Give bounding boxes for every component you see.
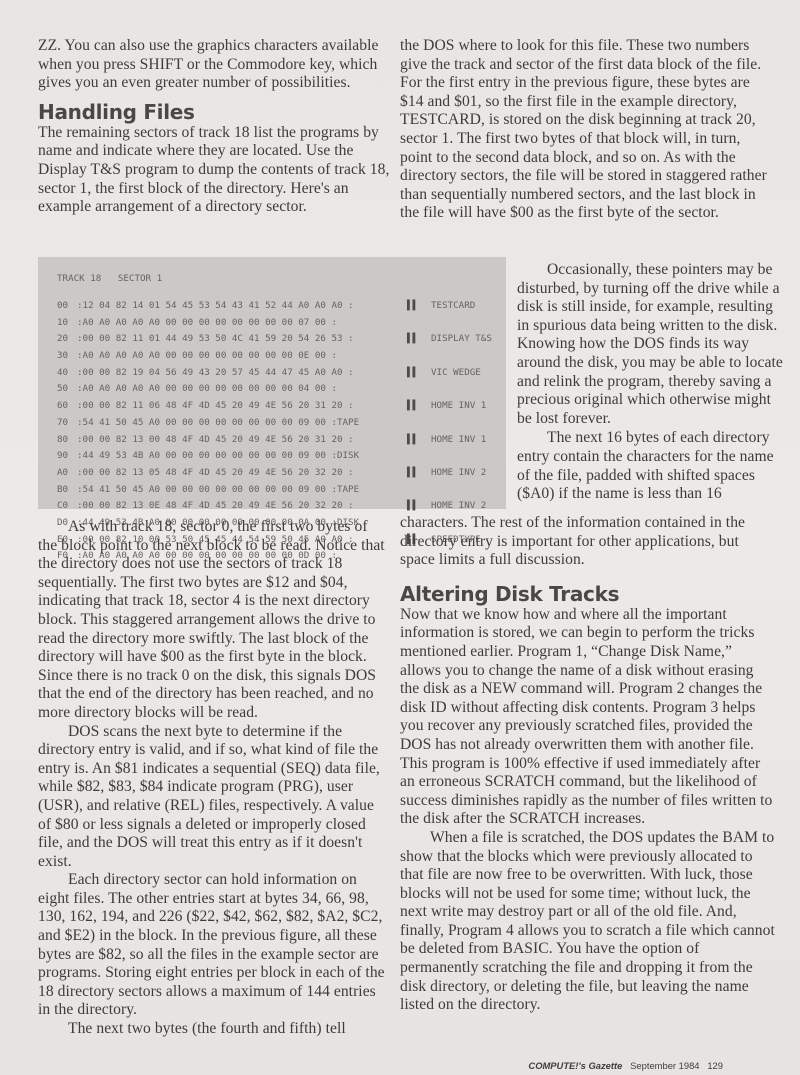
altering-paragraph: Now that we know how and where all the i… <box>400 606 775 829</box>
row-marker-icon <box>407 415 431 432</box>
row-address: 40 <box>57 365 77 382</box>
row-address: 90 <box>57 448 77 465</box>
row-file-name: DISPLAY T&S <box>431 331 492 348</box>
row-marker-icon <box>407 482 431 499</box>
row-hex-bytes: :12 04 82 14 01 54 45 53 54 43 41 52 44 … <box>77 298 407 315</box>
paragraph-eight-files: Each directory sector can hold informati… <box>38 871 390 1020</box>
magazine-name: COMPUTE!'s Gazette <box>528 1060 622 1071</box>
row-marker-icon <box>407 348 431 365</box>
hex-dump-row: C0:00 00 82 13 0E 48 4F 4D 45 20 49 4E 5… <box>57 498 506 515</box>
row-file-name: TESTCARD <box>431 298 475 315</box>
row-address: 20 <box>57 331 77 348</box>
paragraph-dos-scans: DOS scans the next byte to determine if … <box>38 723 390 872</box>
row-address: 30 <box>57 348 77 365</box>
row-address: 70 <box>57 415 77 432</box>
row-hex-bytes: :A0 A0 A0 A0 A0 00 00 00 00 00 00 00 00 … <box>77 315 407 332</box>
row-address: 00 <box>57 298 77 315</box>
hex-dump-row: 80:00 00 82 13 00 48 4F 4D 45 20 49 4E 5… <box>57 432 506 449</box>
row-hex-bytes: :00 00 82 11 01 44 49 53 50 4C 41 59 20 … <box>77 331 407 348</box>
row-address: 50 <box>57 381 77 398</box>
hex-dump-row: 60:00 00 82 11 06 48 4F 4D 45 20 49 4E 5… <box>57 398 506 415</box>
heading-handling-files: Handling Files <box>38 100 390 124</box>
row-hex-bytes: :00 00 82 11 06 48 4F 4D 45 20 49 4E 56 … <box>77 398 407 415</box>
row-file-name: HOME INV 2 <box>431 465 486 482</box>
hex-dump-row: 90:44 49 53 4B A0 00 00 00 00 00 00 00 0… <box>57 448 506 465</box>
row-address: 10 <box>57 315 77 332</box>
row-hex-bytes: :A0 A0 A0 A0 A0 00 00 00 00 00 00 00 00 … <box>77 348 407 365</box>
right-column-top: the DOS where to look for this file. The… <box>400 37 772 223</box>
hex-dump-row: B0:54 41 50 45 A0 00 00 00 00 00 00 00 0… <box>57 482 506 499</box>
row-file-name: VIC WEDGE <box>431 365 481 382</box>
handling-files-paragraph: The remaining sectors of track 18 list t… <box>38 124 390 217</box>
row-marker-icon: ▌▌ <box>407 498 431 515</box>
paragraph-track18-sector0: As with track 18, sector 0, the first tw… <box>38 518 390 723</box>
heading-altering-disk-tracks: Altering Disk Tracks <box>400 582 775 606</box>
pointers-paragraph: Occasionally, these pointers may be dist… <box>517 261 787 428</box>
row-file-name: HOME INV 1 <box>431 398 486 415</box>
hex-dump-row: 50:A0 A0 A0 A0 A0 00 00 00 00 00 00 00 0… <box>57 381 506 398</box>
row-hex-bytes: :54 41 50 45 A0 00 00 00 00 00 00 00 00 … <box>77 415 407 432</box>
row-hex-bytes: :00 00 82 19 04 56 49 43 20 57 45 44 47 … <box>77 365 407 382</box>
page-number: 129 <box>707 1060 723 1071</box>
row-hex-bytes: :00 00 82 13 00 48 4F 4D 45 20 49 4E 56 … <box>77 432 407 449</box>
row-hex-bytes: :A0 A0 A0 A0 A0 00 00 00 00 00 00 00 00 … <box>77 381 407 398</box>
row-address: 80 <box>57 432 77 449</box>
hex-dump-row: 00:12 04 82 14 01 54 45 53 54 43 41 52 4… <box>57 298 506 315</box>
dos-pointer-paragraph: the DOS where to look for this file. The… <box>400 37 772 223</box>
magazine-page: ZZ. You can also use the graphics charac… <box>0 0 800 1075</box>
row-marker-icon: ▌▌ <box>407 365 431 382</box>
row-hex-bytes: :54 41 50 45 A0 00 00 00 00 00 00 00 00 … <box>77 482 407 499</box>
row-marker-icon: ▌▌ <box>407 331 431 348</box>
row-marker-icon <box>407 448 431 465</box>
hex-dump-row: 20:00 00 82 11 01 44 49 53 50 4C 41 59 2… <box>57 331 506 348</box>
right-column-bottom: characters. The rest of the information … <box>400 514 775 1015</box>
left-column-top: ZZ. You can also use the graphics charac… <box>38 37 390 217</box>
figure-title: TRACK 18 SECTOR 1 <box>57 273 506 284</box>
row-marker-icon: ▌▌ <box>407 465 431 482</box>
row-address: B0 <box>57 482 77 499</box>
row-marker-icon <box>407 315 431 332</box>
row-address: C0 <box>57 498 77 515</box>
intro-paragraph: ZZ. You can also use the graphics charac… <box>38 37 390 93</box>
page-footer: COMPUTE!'s Gazette September 1984 129 <box>518 1049 723 1075</box>
row-file-name: HOME INV 2 <box>431 498 486 515</box>
hex-dump-row: 30:A0 A0 A0 A0 A0 00 00 00 00 00 00 00 0… <box>57 348 506 365</box>
row-hex-bytes: :44 49 53 4B A0 00 00 00 00 00 00 00 00 … <box>77 448 407 465</box>
issue-date: September 1984 <box>630 1060 699 1071</box>
row-marker-icon: ▌▌ <box>407 432 431 449</box>
hex-dump-row: 70:54 41 50 45 A0 00 00 00 00 00 00 00 0… <box>57 415 506 432</box>
paragraph-next-two-bytes: The next two bytes (the fourth and fifth… <box>38 1020 390 1039</box>
row-address: 60 <box>57 398 77 415</box>
row-marker-icon: ▌▌ <box>407 398 431 415</box>
hex-dump-row: A0:00 00 82 13 05 48 4F 4D 45 20 49 4E 5… <box>57 465 506 482</box>
scratched-paragraph: When a file is scratched, the DOS update… <box>400 829 775 1015</box>
row-address: A0 <box>57 465 77 482</box>
row-file-name: HOME INV 1 <box>431 432 486 449</box>
row-hex-bytes: :00 00 82 13 0E 48 4F 4D 45 20 49 4E 56 … <box>77 498 407 515</box>
next16-paragraph-part1: The next 16 bytes of each directory entr… <box>517 429 787 503</box>
right-column-narrow: Occasionally, these pointers may be dist… <box>517 261 787 504</box>
left-column-bottom: As with track 18, sector 0, the first tw… <box>38 518 390 1039</box>
row-hex-bytes: :00 00 82 13 05 48 4F 4D 45 20 49 4E 56 … <box>77 465 407 482</box>
row-marker-icon <box>407 381 431 398</box>
hex-dump-row: 10:A0 A0 A0 A0 A0 00 00 00 00 00 00 00 0… <box>57 315 506 332</box>
next16-paragraph-part2: characters. The rest of the information … <box>400 514 775 570</box>
row-marker-icon: ▌▌ <box>407 298 431 315</box>
hex-dump-row: 40:00 00 82 19 04 56 49 43 20 57 45 44 4… <box>57 365 506 382</box>
directory-sector-figure: TRACK 18 SECTOR 1 00:12 04 82 14 01 54 4… <box>38 257 506 509</box>
